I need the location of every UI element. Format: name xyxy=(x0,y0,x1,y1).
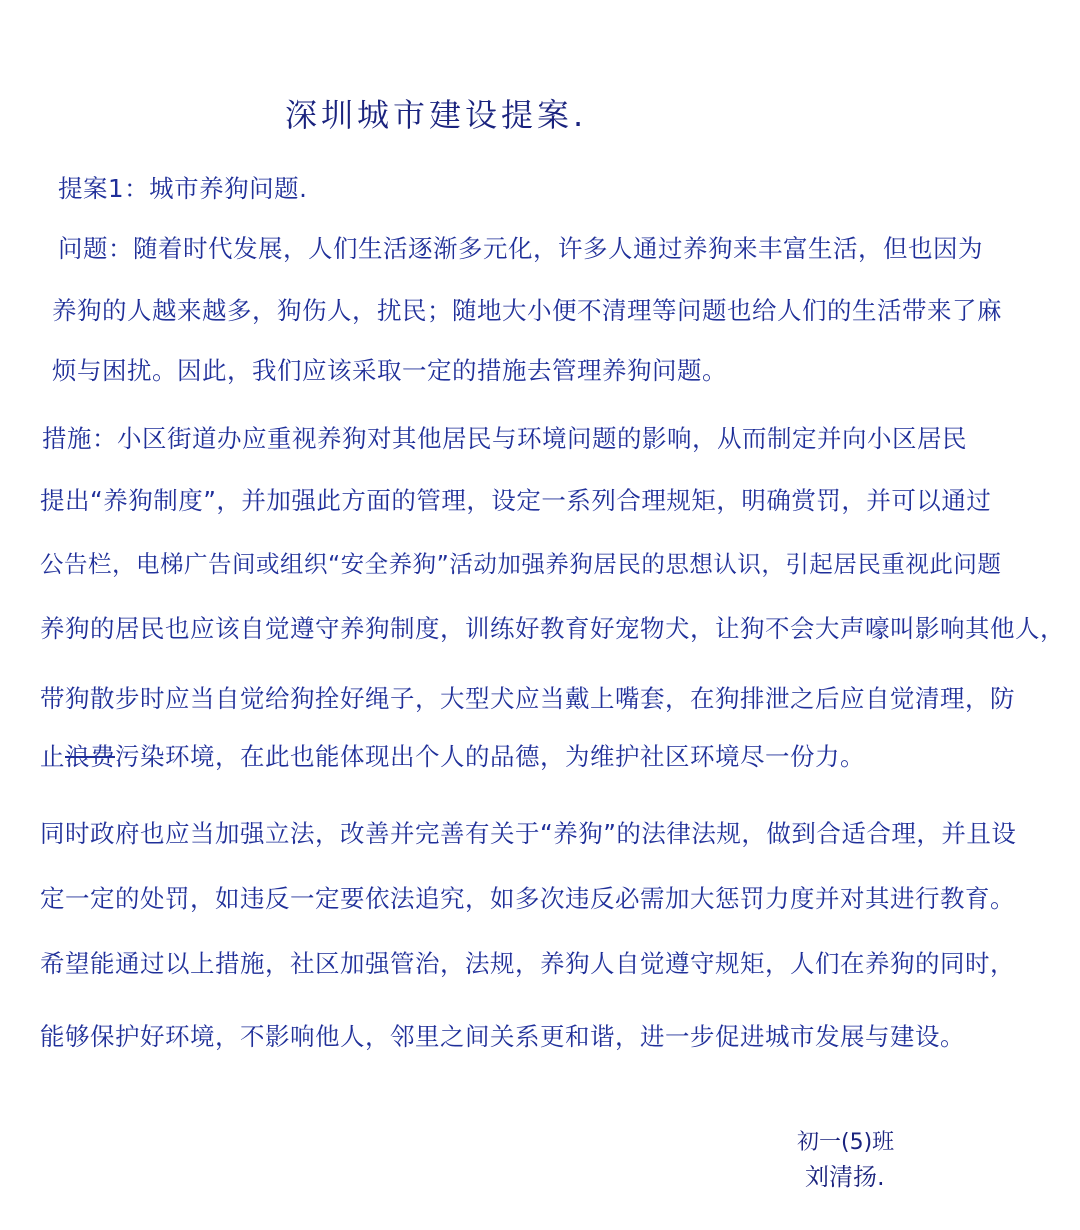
government-line-1: 同时政府也应当加强立法，改善并完善有关于“养狗”的法律法规，做到合适合理，并且设 xyxy=(40,815,1016,850)
document-title: 深圳城市建设提案. xyxy=(285,90,587,136)
measures-line-1: 措施：小区街道办应重视养狗对其他居民与环境问题的影响，从而制定并向小区居民 xyxy=(42,420,967,455)
signature-class: 初一(5)班 xyxy=(797,1125,894,1156)
problem-line-2: 养狗的人越来越多，狗伤人，扰民；随地大小便不清理等问题也给人们的生活带来了麻 xyxy=(52,292,1002,327)
measures-line-6-suffix: 污染环境，在此也能体现出个人的品德，为维护社区环境尽一份力。 xyxy=(115,742,865,771)
measures-line-2: 提出“养狗制度”，并加强此方面的管理，设定一系列合理规矩，明确赏罚，并可以通过 xyxy=(40,482,991,517)
problem-line-3: 烦与困扰。因此，我们应该采取一定的措施去管理养狗问题。 xyxy=(52,352,727,387)
problem-line-1: 问题：随着时代发展，人们生活逐渐多元化，许多人通过养狗来丰富生活，但也因为 xyxy=(58,230,983,265)
measures-line-4: 养狗的居民也应该自觉遵守养狗制度，训练好教育好宠物犬，让狗不会大声嚎叫影响其他人… xyxy=(40,610,1065,645)
measures-line-6-prefix: 止 xyxy=(40,742,65,771)
handwritten-proposal-page: 深圳城市建设提案. 提案1：城市养狗问题. 问题：随着时代发展，人们生活逐渐多元… xyxy=(0,0,1080,1230)
proposal-heading: 提案1：城市养狗问题. xyxy=(58,170,307,205)
government-line-2: 定一定的处罚，如违反一定要依法追究，如多次违反必需加大惩罚力度并对其进行教育。 xyxy=(40,880,1015,915)
conclusion-line-2: 能够保护好环境，不影响他人，邻里之间关系更和谐，进一步促进城市发展与建设。 xyxy=(40,1018,965,1053)
conclusion-line-1: 希望能通过以上措施，社区加强管治，法规，养狗人自觉遵守规矩，人们在养狗的同时， xyxy=(40,945,1015,980)
measures-line-6: 止浪费污染环境，在此也能体现出个人的品德，为维护社区环境尽一份力。 xyxy=(40,738,865,773)
measures-line-3: 公告栏，电梯广告间或组织“安全养狗”活动加强养狗居民的思想认识，引起居民重视此问… xyxy=(40,545,1001,579)
measures-line-5: 带狗散步时应当自觉给狗拴好绳子，大型犬应当戴上嘴套，在狗排泄之后应自觉清理，防 xyxy=(40,680,1015,715)
signature-name: 刘清扬. xyxy=(805,1157,885,1192)
crossed-out-text: 浪费 xyxy=(65,742,115,771)
